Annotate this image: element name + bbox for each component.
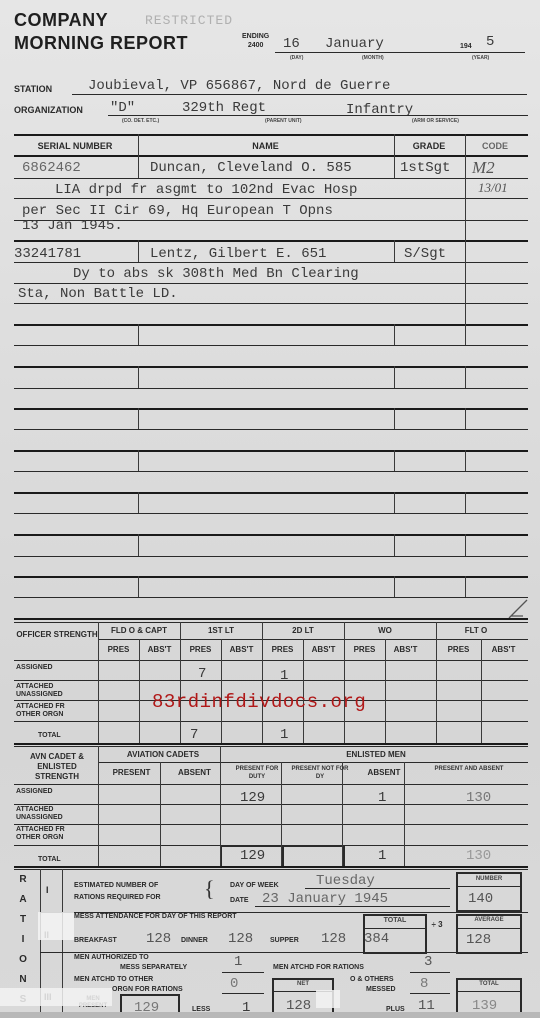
sub-abst: ABS'T: [139, 645, 180, 654]
2d-lt-assigned: 1: [280, 668, 288, 684]
col-grade: GRADE: [394, 141, 464, 151]
group-2d-lt: 2D LT: [262, 626, 344, 635]
group-fld-o-capt: FLD O & CAPT: [98, 626, 180, 635]
col-enlisted-absent: ABSENT: [352, 768, 416, 777]
entry-remark: Dy to abs sk 308th Med Bn Clearing: [73, 266, 359, 282]
sub-pres: PRES: [98, 645, 139, 654]
men-atchd-other-label: MEN ATCHD TO OTHER: [74, 976, 153, 983]
year-prefix: 194: [460, 43, 472, 50]
sub-abst: ABS'T: [303, 645, 344, 654]
dinner-label: DINNER: [181, 937, 208, 944]
mess-separately-label: MESS SEPARATELY: [120, 964, 187, 971]
orgn-for-rations-label: ORGN FOR RATIONS: [112, 986, 183, 993]
total-present-not-for-dy-box: [281, 845, 345, 868]
day-of-week-value: Tuesday: [316, 873, 375, 889]
sub-pres: PRES: [180, 645, 221, 654]
glare-patch: [38, 912, 74, 940]
entry-name: Duncan, Cleveland O. 585: [150, 160, 352, 176]
enlisted-total-total: 130: [466, 848, 491, 864]
orgn-for-rations-value: 0: [230, 976, 238, 992]
breakfast-label: BREAKFAST: [74, 937, 117, 944]
entry-code-sub: 13/01: [478, 180, 508, 196]
report-year: 5: [486, 34, 494, 50]
col-name: NAME: [138, 141, 393, 151]
group-flt-o: FLT O: [426, 626, 526, 635]
entry-remark: Sta, Non Battle LD.: [18, 286, 178, 302]
sub-pres: PRES: [344, 645, 385, 654]
net-label: NET: [272, 981, 334, 987]
number-label: NUMBER: [456, 876, 522, 882]
ration-letter: A: [16, 894, 30, 914]
1st-lt-total: 7: [190, 727, 198, 743]
mess-total-label: TOTAL: [363, 917, 427, 924]
col-serial-number: SERIAL NUMBER: [14, 141, 136, 151]
month-caption: (MONTH): [362, 55, 384, 61]
sub-pres: PRES: [262, 645, 303, 654]
group-wo: WO: [344, 626, 426, 635]
title-morning-report: MORNING REPORT: [14, 33, 188, 54]
row-assigned: ASSIGNED: [16, 664, 53, 671]
org-company: "D": [110, 100, 135, 116]
ending-label: ENDING 2400: [242, 32, 269, 50]
group-aviation-cadets: AVIATION CADETS: [100, 750, 226, 759]
men-atchd-for-rations-label: MEN ATCHD FOR RATIONS: [273, 964, 364, 971]
year-caption: (YEAR): [472, 55, 489, 61]
row-attached-fr-other-orgn: ATTACHED FR OTHER ORGN: [16, 826, 91, 842]
glare-patch: [316, 990, 340, 1008]
row-attached-unassigned: ATTACHED UNASSIGNED: [16, 806, 86, 822]
ration-letter: I: [16, 934, 30, 954]
entry-grade: 1stSgt: [400, 160, 450, 176]
ration-letter: O: [16, 954, 30, 974]
report-month: January: [325, 36, 384, 52]
section-i-numeral: I: [46, 885, 49, 895]
ration-letter: R: [16, 874, 30, 894]
company-caption: (CO. DET. ETC.): [122, 118, 159, 124]
glare-patch: [0, 988, 112, 1006]
day-of-week-label: DAY OF WEEK: [230, 882, 279, 889]
entry-remark: per Sec II Cir 69, Hq European T Opns: [22, 203, 333, 219]
entry-grade: S/Sgt: [404, 246, 446, 262]
row-assigned: ASSIGNED: [16, 788, 53, 795]
enlisted-absent-total: 1: [378, 848, 386, 864]
entry-remark: LIA drpd fr asgmt to 102nd Evac Hosp: [55, 182, 357, 198]
col-cadets-absent: ABSENT: [163, 768, 226, 777]
entry-name: Lentz, Gilbert E. 651: [150, 246, 326, 262]
row-total: TOTAL: [38, 732, 61, 739]
breakfast-value: 128: [146, 931, 171, 947]
day-caption: (DAY): [290, 55, 303, 61]
ration-letter: T: [16, 914, 30, 934]
average-label: AVERAGE: [456, 917, 522, 923]
col-present-for-duty: PRESENT FOR DUTY: [228, 765, 286, 781]
men-authorized-label: MEN AUTHORIZED TO: [74, 954, 149, 961]
station-value: Joubieval, VP 656867, Nord de Guerre: [88, 78, 390, 94]
messed-label: MESSED: [366, 986, 396, 993]
brace-icon: {: [204, 876, 215, 902]
report-day: 16: [283, 36, 300, 52]
o-others-label: O & OTHERS: [350, 976, 394, 983]
date-label: DATE: [230, 897, 249, 904]
entry-serial: 33241781: [14, 246, 81, 262]
enlisted-present-for-duty-total: 129: [240, 848, 265, 864]
rations-required-label: RATIONS REQUIRED FOR: [74, 894, 161, 901]
ration-total-label: TOTAL: [456, 981, 522, 987]
row-total: TOTAL: [38, 856, 61, 863]
station-label: STATION: [14, 84, 52, 94]
mess-separately-value: 1: [234, 954, 242, 970]
date-value: 23 January 1945: [262, 891, 388, 907]
entry-code: M2: [472, 158, 495, 178]
average-value: 128: [466, 932, 491, 948]
sub-abst: ABS'T: [385, 645, 426, 654]
organization-label: ORGANIZATION: [14, 105, 83, 115]
supper-label: SUPPER: [270, 937, 299, 944]
parent-caption: (PARENT UNIT): [265, 118, 302, 124]
title-company: COMPANY: [14, 10, 108, 31]
sub-abst: ABS'T: [221, 645, 262, 654]
mess-total-value: 384: [364, 931, 389, 947]
group-1st-lt: 1ST LT: [180, 626, 262, 635]
morning-report-document: COMPANY RESTRICTED MORNING REPORT ENDING…: [0, 0, 540, 1018]
watermark-83rdinfdivdocs: 83rdinfdivdocs.org: [152, 691, 366, 713]
enlisted-strength-title: AVN CADET & ENLISTED STRENGTH: [16, 752, 98, 782]
divide-by-three: ÷ 3: [429, 920, 445, 930]
number-value: 140: [468, 891, 493, 907]
officer-strength-title: OFFICER STRENGTH: [16, 630, 98, 640]
mess-attendance-label: MESS ATTENDANCE FOR DAY OF THIS REPORT: [74, 913, 237, 920]
row-attached-unassigned: ATTACHED UNASSIGNED: [16, 683, 86, 699]
col-code: CODE: [465, 141, 525, 151]
col-present-and-absent: PRESENT AND ABSENT: [430, 765, 508, 773]
row-attached-fr-other-orgn: ATTACHED FR OTHER ORGN: [16, 703, 91, 719]
restricted-stamp: RESTRICTED: [145, 13, 233, 28]
sub-abst: ABS'T: [481, 645, 526, 654]
arm-caption: (ARM OR SERVICE): [412, 118, 459, 124]
entry-serial: 6862462: [22, 160, 81, 176]
o-others-messed-value: 8: [420, 976, 428, 992]
dinner-value: 128: [228, 931, 253, 947]
entry-remark: 13 Jan 1945.: [22, 218, 123, 234]
ending-time: 2400: [242, 41, 269, 50]
bottom-edge: [0, 1012, 540, 1018]
org-parent-unit: 329th Regt: [182, 100, 266, 116]
men-atchd-for-rations-value: 3: [424, 954, 432, 970]
estimated-number-label: ESTIMATED NUMBER OF: [74, 882, 158, 889]
col-cadets-present: PRESENT: [100, 768, 163, 777]
sub-pres: PRES: [436, 645, 481, 654]
ending-text: ENDING: [242, 32, 269, 41]
2d-lt-total: 1: [280, 727, 288, 743]
supper-value: 128: [321, 931, 346, 947]
group-enlisted-men: ENLISTED MEN: [226, 750, 526, 759]
col-present-not-for-dy: PRESENT NOT FOR DY: [290, 765, 350, 781]
